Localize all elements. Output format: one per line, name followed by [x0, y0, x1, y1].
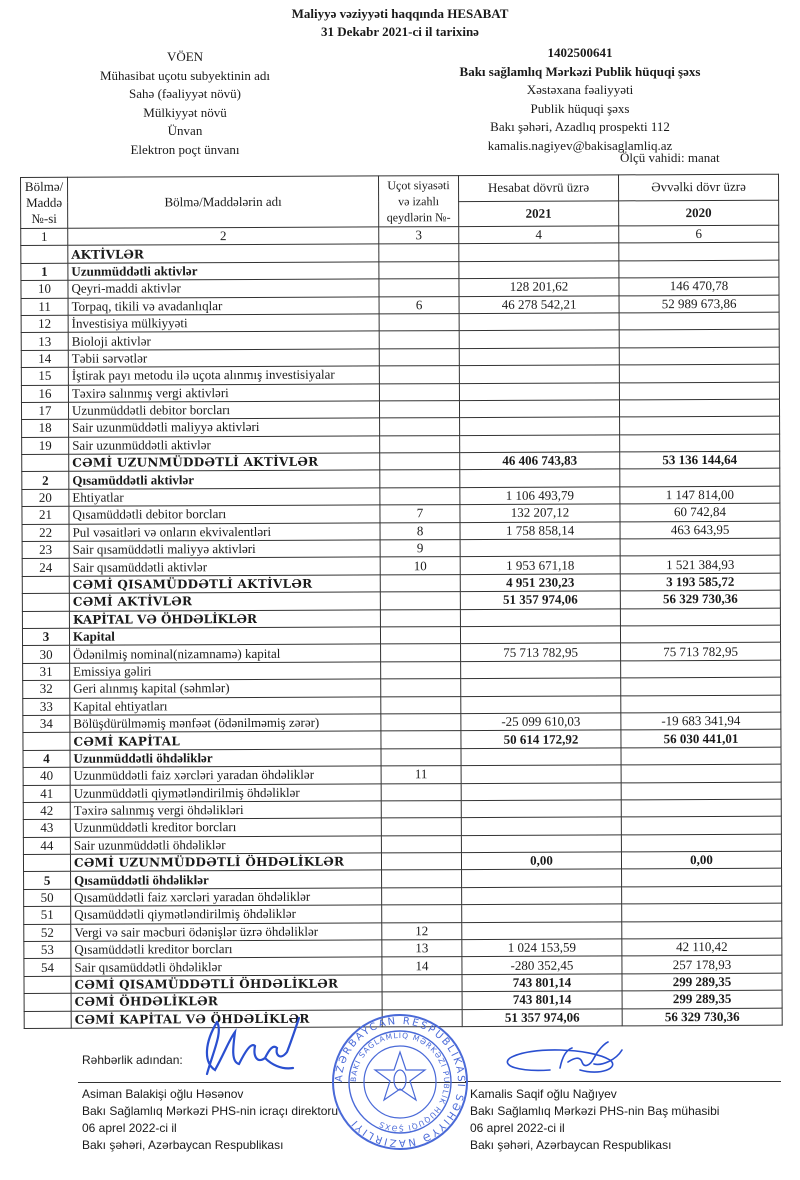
row-value-2021: -25 099 610,03 [461, 713, 621, 731]
row-value-2021: 1 106 493,79 [460, 487, 620, 505]
row-label: Vergi və sair məcburi ödənişlər üzrə öhd… [71, 923, 382, 942]
row-number [23, 854, 70, 872]
row-value-2021: 1 953 671,18 [460, 556, 620, 574]
row-value-2020 [620, 625, 780, 643]
row-label: Uzunmüddətli kreditor borcları [70, 818, 381, 837]
row-note: 6 [379, 296, 459, 314]
row-label: Qısamüddətli öhdəliklər [71, 870, 382, 889]
row-label: Ehtiyatlar [69, 488, 380, 507]
row-value-2020 [621, 799, 781, 817]
label-email: Elektron poçt ünvanı [60, 141, 310, 160]
row-note [379, 331, 459, 349]
row-label: Qısamüddətli qiymətləndirilmiş öhdəliklə… [71, 905, 382, 924]
row-value-2020: 56 030 441,01 [621, 730, 781, 748]
row-label: Pul vəsaitləri və onların ekvivalentləri [69, 523, 380, 542]
row-number [24, 976, 71, 994]
row-note [381, 731, 461, 749]
row-note [380, 435, 460, 453]
director-name: Asiman Balakişi oğlu Həsənov [82, 1086, 338, 1103]
row-number: 16 [21, 385, 68, 403]
row-value-2020: 42 110,42 [622, 938, 782, 956]
row-label: Təxirə salınmış vergi öhdəlikləri [70, 801, 381, 820]
row-value-2020: 60 742,84 [620, 503, 780, 521]
row-value-2021: 75 713 782,95 [461, 643, 621, 661]
row-label: Torpaq, tikili və avadanlıqlar [68, 296, 379, 315]
row-note [381, 661, 461, 679]
row-label: CƏMİ QISAMÜDDƏTLİ AKTİVLƏR [69, 575, 380, 594]
row-note [382, 992, 462, 1010]
row-value-2021 [459, 330, 619, 348]
row-value-2021: 128 201,62 [459, 278, 619, 296]
row-number [22, 593, 69, 611]
row-value-2020 [621, 695, 781, 713]
row-note [381, 748, 461, 766]
row-note: 11 [381, 766, 461, 784]
row-number: 11 [21, 298, 68, 316]
label-ownership: Mülkiyyət növü [60, 104, 310, 123]
row-label: Qısamüddətli debitor borcları [69, 505, 380, 524]
row-number: 22 [22, 524, 69, 542]
row-note [379, 314, 459, 332]
row-number [24, 1011, 71, 1029]
row-number: 15 [21, 367, 68, 385]
row-value-2020 [619, 312, 779, 330]
row-value-2020 [620, 538, 780, 556]
row-value-2021 [460, 417, 620, 435]
row-number: 52 [24, 924, 71, 942]
row-number: 41 [23, 785, 70, 803]
row-note [381, 644, 461, 662]
row-value-2020 [621, 834, 781, 852]
row-value-2021 [461, 678, 621, 696]
row-number: 19 [22, 437, 69, 455]
row-value-2021 [459, 243, 619, 261]
row-value-2020 [619, 330, 779, 348]
official-stamp-icon: AZƏRBAYCAN RESPUBLİKASI SƏHİYYƏ NAZİRLİY… [330, 1012, 470, 1152]
accountant-name: Kamalis Saqif oğlu Nağıyev [470, 1086, 719, 1103]
index-cell: 1 [21, 228, 68, 246]
row-note [379, 400, 459, 418]
row-note [381, 714, 461, 732]
row-value-2020 [619, 382, 779, 400]
unit-of-measure: Ölçü vahidi: manat [620, 150, 720, 166]
row-note [382, 870, 462, 888]
row-label: Uzunmüddətli öhdəliklər [70, 749, 381, 768]
row-label: İştirak payı metodu ilə uçota alınmış in… [68, 366, 379, 385]
row-number: 10 [21, 280, 68, 298]
accountant-place: Bakı şəhəri, Azərbaycan Respublikası [470, 1137, 719, 1154]
row-note [382, 905, 462, 923]
row-value-2021 [462, 904, 622, 922]
row-number: 3 [22, 628, 69, 646]
row-value-2020 [621, 816, 781, 834]
row-number: 33 [23, 698, 70, 716]
row-value-2021 [461, 748, 621, 766]
row-label: Ödənilmiş nominal(nizamnamə) kapital [70, 644, 381, 663]
row-note [381, 783, 461, 801]
row-value-2020: 299 289,35 [622, 973, 782, 991]
row-number: 40 [23, 767, 70, 785]
row-value-2021 [462, 887, 622, 905]
row-value-2021 [459, 382, 619, 400]
row-value-2020: 52 989 673,86 [619, 295, 779, 313]
row-label: Sair qısamüddətli maliyyə aktivləri [69, 540, 380, 559]
row-note [379, 279, 459, 297]
col-header-current-period: Hesabat dövrü üzrə [458, 175, 618, 201]
row-label: Kapital ehtiyatları [70, 696, 381, 715]
row-note [379, 244, 459, 262]
row-number: 17 [21, 402, 68, 420]
accountant-signature-block: Kamalis Saqif oğlu Nağıyev Bakı Sağlamlı… [470, 1086, 719, 1154]
row-label: Uzunmüddətli qiymətləndirilmiş öhdəliklə… [70, 783, 381, 802]
row-note [379, 383, 459, 401]
row-value-2021: 0,00 [461, 852, 621, 870]
row-number [21, 246, 68, 264]
row-value-2020: -19 683 341,94 [621, 712, 781, 730]
row-value-2020 [620, 608, 780, 626]
row-number: 14 [21, 350, 68, 368]
row-number: 18 [22, 420, 69, 438]
value-activity: Xəstəxana fəaliyyəti [430, 81, 730, 100]
row-label: Uzunmüddətli debitor borcları [68, 401, 379, 420]
row-value-2020: 53 136 144,64 [620, 451, 780, 469]
row-value-2020 [619, 260, 779, 278]
director-place: Bakı şəhəri, Azərbaycan Respublikası [82, 1137, 338, 1154]
index-cell: 4 [459, 226, 619, 244]
row-value-2020 [619, 347, 779, 365]
row-label: CƏMİ ÖHDƏLİKLƏR [71, 992, 382, 1011]
row-value-2020: 257 178,93 [622, 956, 782, 974]
row-value-2021: 51 357 974,06 [462, 1008, 622, 1026]
row-label: Sair uzunmüddətli maliyyə aktivləri [69, 418, 380, 437]
row-value-2021 [461, 765, 621, 783]
value-entity-name: Bakı sağlamlıq Mərkəzi Publik hüquqi şəx… [430, 63, 730, 82]
row-note [381, 800, 461, 818]
row-note [380, 609, 460, 627]
row-note [380, 627, 460, 645]
row-value-2020: 299 289,35 [622, 990, 782, 1008]
row-value-2021: 1 758 858,14 [460, 522, 620, 540]
row-label: Sair uzunmüddətli aktivlər [69, 436, 380, 455]
row-value-2021 [462, 869, 622, 887]
row-label: Təxirə salınmış vergi aktivləri [68, 383, 379, 402]
row-label: Geri alınmış kapital (səhmlər) [70, 679, 381, 698]
row-label: Kapital [69, 627, 380, 646]
value-voen: 1402500641 [430, 44, 730, 63]
col-header-note: Uçot siyasəti və izahlı qeydlərin №- [378, 176, 458, 227]
label-address: Ünvan [60, 122, 310, 141]
row-note [381, 853, 461, 871]
col-header-no: Bölmə/ Maddə №-si [21, 177, 68, 228]
col-header-2021: 2021 [459, 200, 619, 226]
row-label: Qısamüddətli aktivlər [69, 470, 380, 489]
row-value-2020 [622, 903, 782, 921]
row-label: Sair qısamüddətli öhdəliklər [71, 957, 382, 976]
row-value-2020: 0,00 [621, 851, 781, 869]
row-number: 42 [23, 802, 70, 820]
row-number: 32 [23, 680, 70, 698]
row-value-2020: 75 713 782,95 [621, 643, 781, 661]
row-number: 13 [21, 333, 68, 351]
row-label: CƏMİ AKTİVLƏR [69, 592, 380, 611]
row-note [380, 487, 460, 505]
row-value-2021: 743 801,14 [462, 974, 622, 992]
row-note [381, 679, 461, 697]
label-voen: VÖEN [60, 48, 310, 67]
row-note [381, 835, 461, 853]
row-value-2021 [461, 835, 621, 853]
row-value-2020 [619, 243, 779, 261]
row-number: 50 [24, 889, 71, 907]
index-cell: 6 [619, 225, 779, 243]
row-note [382, 974, 462, 992]
row-value-2021 [459, 313, 619, 331]
row-value-2020 [621, 764, 781, 782]
row-note [380, 418, 460, 436]
row-value-2021: 46 278 542,21 [459, 295, 619, 313]
row-number: 5 [24, 872, 71, 890]
entity-values: 1402500641 Bakı sağlamlıq Mərkəzi Publik… [430, 44, 730, 155]
row-number [24, 993, 71, 1011]
row-note [380, 453, 460, 471]
table-body: AKTİVLƏR1Uzunmüddətli aktivlər10Qeyri-ma… [21, 243, 782, 1029]
row-value-2020: 463 643,95 [620, 521, 780, 539]
row-note [381, 696, 461, 714]
row-label: Bioloji aktivlər [68, 331, 379, 350]
row-label: Bölüşdürülməmiş mənfəət (ödənilməmiş zər… [70, 714, 381, 733]
row-label: İnvestisiya mülkiyyəti [68, 314, 379, 333]
row-note: 9 [380, 540, 460, 558]
row-value-2021: -280 352,45 [462, 956, 622, 974]
row-value-2020 [621, 747, 781, 765]
label-activity: Sahə (fəaliyyət növü) [60, 85, 310, 104]
row-value-2020 [622, 886, 782, 904]
row-note [381, 818, 461, 836]
row-label: Qısamüddətli faiz xərcləri yaradan öhdəl… [71, 888, 382, 907]
row-value-2021 [460, 626, 620, 644]
value-address: Bakı şəhəri, Azadlıq prospekti 112 [430, 118, 730, 137]
row-value-2020 [622, 869, 782, 887]
row-number: 21 [22, 507, 69, 525]
row-note [380, 574, 460, 592]
row-number: 34 [23, 715, 70, 733]
row-value-2021 [461, 695, 621, 713]
row-number [22, 454, 69, 472]
accountant-date: 06 aprel 2022-ci il [470, 1120, 719, 1137]
director-signature-block: Asiman Balakişi oğlu Həsənov Bakı Sağlam… [82, 1086, 338, 1154]
row-value-2020 [619, 399, 779, 417]
row-note [379, 366, 459, 384]
row-number: 12 [21, 315, 68, 333]
row-label: KAPİTAL VƏ ÖHDƏLİKLƏR [69, 610, 380, 629]
row-number: 51 [24, 907, 71, 925]
accountant-title: Bakı Sağlamlıq Mərkəzi PHS-nin Baş mühas… [470, 1103, 719, 1120]
director-title: Bakı Sağlamlıq Mərkəzi PHS-nin icraçı di… [82, 1103, 338, 1120]
row-number [22, 611, 69, 629]
row-label: Sair qısamüddətli aktivlər [69, 557, 380, 576]
row-number: 2 [22, 472, 69, 490]
row-value-2020: 3 193 585,72 [620, 573, 780, 591]
row-note [380, 592, 460, 610]
row-value-2020: 56 329 730,36 [622, 1008, 782, 1026]
accountant-signature-icon [490, 1040, 640, 1085]
row-value-2021 [461, 800, 621, 818]
row-value-2021 [459, 261, 619, 279]
report-title: Maliyyə vəziyyəti haqqında HESABAT [0, 6, 800, 22]
row-label: Emissiya gəliri [70, 662, 381, 681]
row-value-2020 [620, 416, 780, 434]
row-note [379, 261, 459, 279]
row-label: Uzunmüddətli faiz xərcləri yaradan öhdəl… [70, 766, 381, 785]
row-number: 54 [24, 959, 71, 977]
row-number: 44 [23, 837, 70, 855]
row-number: 1 [21, 263, 68, 281]
row-label: Qısamüddətli kreditor borcları [71, 940, 382, 959]
row-value-2021 [459, 348, 619, 366]
row-value-2021 [461, 817, 621, 835]
row-value-2021: 4 951 230,23 [460, 574, 620, 592]
row-value-2021 [460, 469, 620, 487]
row-number: 30 [23, 646, 70, 664]
row-note: 13 [382, 940, 462, 958]
row-number: 53 [24, 941, 71, 959]
row-label: Qeyri-maddi aktivlər [68, 279, 379, 298]
row-number: 24 [22, 559, 69, 577]
row-value-2021 [460, 608, 620, 626]
row-value-2020: 56 329 730,36 [620, 590, 780, 608]
row-note [382, 887, 462, 905]
label-entity-name: Mühasibat uçotu subyektinin adı [60, 67, 310, 86]
row-value-2021: 132 207,12 [460, 504, 620, 522]
row-note: 10 [380, 557, 460, 575]
row-value-2020 [620, 469, 780, 487]
row-number: 23 [22, 541, 69, 559]
management-label: Rəhbərlik adından: [82, 1053, 183, 1067]
index-cell: 3 [379, 227, 459, 245]
row-value-2021 [461, 782, 621, 800]
row-note [380, 470, 460, 488]
value-ownership: Publik hüquqi şəxs [430, 100, 730, 119]
row-value-2021 [462, 922, 622, 940]
row-note: 14 [382, 957, 462, 975]
row-value-2021 [460, 435, 620, 453]
index-cell: 2 [68, 227, 379, 246]
row-value-2021: 1 024 153,59 [462, 939, 622, 957]
row-value-2021: 46 406 743,83 [460, 452, 620, 470]
row-label: CƏMİ UZUNMÜDDƏTLİ ÖHDƏLİKLƏR [70, 853, 381, 872]
row-value-2020: 1 521 384,93 [620, 556, 780, 574]
report-date: 31 Dekabr 2021-ci il tarixinə [0, 24, 800, 40]
row-value-2021: 50 614 172,92 [461, 730, 621, 748]
row-number: 31 [23, 663, 70, 681]
row-label: AKTİVLƏR [68, 244, 379, 263]
row-value-2021 [461, 661, 621, 679]
row-number [22, 576, 69, 594]
row-value-2021: 51 357 974,06 [460, 591, 620, 609]
row-value-2020 [622, 921, 782, 939]
row-label: CƏMİ KAPİTAL [70, 731, 381, 750]
row-label: CƏMİ UZUNMÜDDƏTLİ AKTİVLƏR [69, 453, 380, 472]
row-number [23, 733, 70, 751]
row-value-2021: 743 801,14 [462, 991, 622, 1009]
row-value-2021 [459, 365, 619, 383]
row-value-2020 [620, 434, 780, 452]
row-label: Sair uzunmüddətli öhdəliklər [70, 836, 381, 855]
director-signature-icon [195, 1012, 305, 1082]
row-number: 43 [23, 820, 70, 838]
row-value-2021 [460, 539, 620, 557]
row-label: CƏMİ QISAMÜDDƏTLİ ÖHDƏLİKLƏR [71, 975, 382, 994]
row-note: 7 [380, 505, 460, 523]
row-value-2020: 146 470,78 [619, 277, 779, 295]
row-value-2020 [621, 660, 781, 678]
row-note [379, 348, 459, 366]
col-header-name: Bölmə/Maddələrin adı [68, 176, 379, 228]
director-date: 06 aprel 2022-ci il [82, 1120, 338, 1137]
row-value-2020 [621, 782, 781, 800]
row-number: 20 [22, 489, 69, 507]
row-note: 8 [380, 522, 460, 540]
balance-sheet-table: Bölmə/ Maddə №-si Bölmə/Maddələrin adı U… [20, 174, 783, 1029]
row-number: 4 [23, 750, 70, 768]
col-header-previous-period: Əvvəlki dövr üzrə [618, 174, 778, 200]
col-header-2020: 2020 [619, 200, 779, 226]
row-note: 12 [382, 922, 462, 940]
row-label: Uzunmüddətli aktivlər [68, 262, 379, 281]
row-label: Təbii sərvətlər [68, 349, 379, 368]
entity-labels: VÖEN Mühasibat uçotu subyektinin adı Sah… [60, 46, 310, 159]
row-value-2021 [459, 400, 619, 418]
row-value-2020 [619, 364, 779, 382]
row-value-2020: 1 147 814,00 [620, 486, 780, 504]
row-value-2020 [621, 677, 781, 695]
